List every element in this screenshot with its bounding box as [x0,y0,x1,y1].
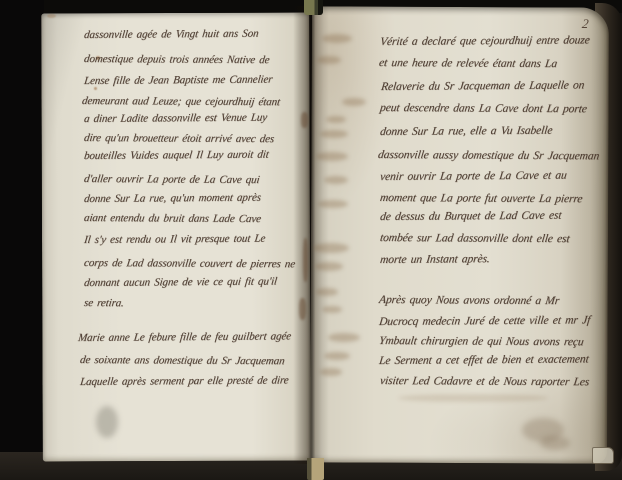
manuscript-line: dire qu'un brouetteur étoit arrivé avec … [83,132,275,146]
manuscript-line: donnant aucun Signe de vie ce qui fit qu… [83,275,277,290]
gutter-ink-mark [301,112,308,128]
manuscript-line: se retira. [83,297,124,310]
background-left-strip [0,0,44,480]
showthrough-mark [328,333,360,342]
showthrough-mark [324,352,350,360]
ghost-writing [398,394,548,402]
manuscript-line: moment que La porte fut ouverte La pierr… [379,192,583,206]
manuscript-line: corps de Lad dassonville couvert de pier… [83,257,296,271]
manuscript-line: dassonville agée de Vingt huit ans Son [83,28,259,42]
manuscript-line: Après quoy Nous avons ordonné a Mr [378,294,560,308]
showthrough-mark [326,116,346,123]
showthrough-mark [342,98,366,106]
showthrough-mark [324,176,348,184]
manuscript-line: Laquelle après serment par elle presté d… [79,374,289,389]
showthrough-mark [320,368,342,376]
manuscript-line: a diner Ladite dassonville est Venue Luy [83,112,267,126]
manuscript-line: dassonville aussy domestique du Sr Jacqu… [377,149,600,163]
manuscript-line: de soixante ans domestique du Sr Jacquem… [79,354,285,368]
showthrough-mark [318,200,348,208]
manuscript-line: et une heure de relevée étant dans La [378,57,558,71]
manuscript-line: visiter Led Cadavre et de Nous raporter … [379,375,590,389]
manuscript-line: Marie anne Le febure fille de feu guilbe… [77,330,291,345]
manuscript-line: morte un Instant après. [379,253,490,267]
showthrough-mark [322,306,342,313]
showthrough-mark [322,34,352,43]
manuscript-line: aiant entendu du bruit dans Lade Cave [83,212,262,226]
showthrough-mark [317,56,341,64]
corner-pencil-mark [47,14,56,18]
manuscript-line: Le Serment a cet effet de bien et exacte… [378,353,589,368]
gutter-ink-mark [299,298,306,320]
manuscript-line: Relaverie du Sr Jacqueman de Laquelle on [380,79,585,94]
stain [96,406,118,438]
showthrough-mark [316,288,338,296]
showthrough-mark [313,243,349,253]
page-number: 2 [581,16,589,32]
manuscript-line: Ducrocq medecin Juré de cette ville et m… [378,314,591,329]
stain [540,436,570,450]
manuscript-line: demeurant aud Leuze; que cejourdhuij éta… [81,95,281,109]
manuscript-line: domestique depuis trois années Native de [83,53,270,67]
manuscript-line: Ymbault chirurgien de qui Nous avons reç… [378,335,584,349]
manuscript-line: Vérité a declaré que cejourdhuij entre d… [379,34,590,49]
manuscript-line: de dessus du Burquet de Lad Cave est [379,210,562,224]
manuscript-line: donne Sur La rue, elle a Vu Isabelle [379,125,553,139]
manuscript-line: Il s'y est rendu ou Il vit presque tout … [83,233,266,247]
binding-tailband [307,458,324,480]
manuscript-line: tombée sur Lad dassonville dont elle est [379,232,570,246]
showthrough-mark [315,262,343,271]
showthrough-mark [320,130,348,138]
manuscript-line: Lense fille de Jean Baptiste me Cannelie… [83,74,273,88]
showthrough-mark [316,152,348,161]
manuscript-scan: 2 dassonville agée de Vingt huit ans Son… [0,0,622,480]
binding-headband [304,0,323,15]
manuscript-line: peut descendre dans La Cave dont La port… [379,102,587,116]
manuscript-line: venir ouvrir La porte de La Cave et au [379,170,567,184]
gutter-ink-mark [303,238,308,282]
page-corner-fold [592,447,614,464]
manuscript-line: bouteilles Vuides auquel Il Luy auroit d… [83,149,269,163]
manuscript-line: donne Sur La rue, qu'un moment après [83,192,261,206]
manuscript-line: d'aller ouvrir La porte de La Cave qui [83,173,260,187]
